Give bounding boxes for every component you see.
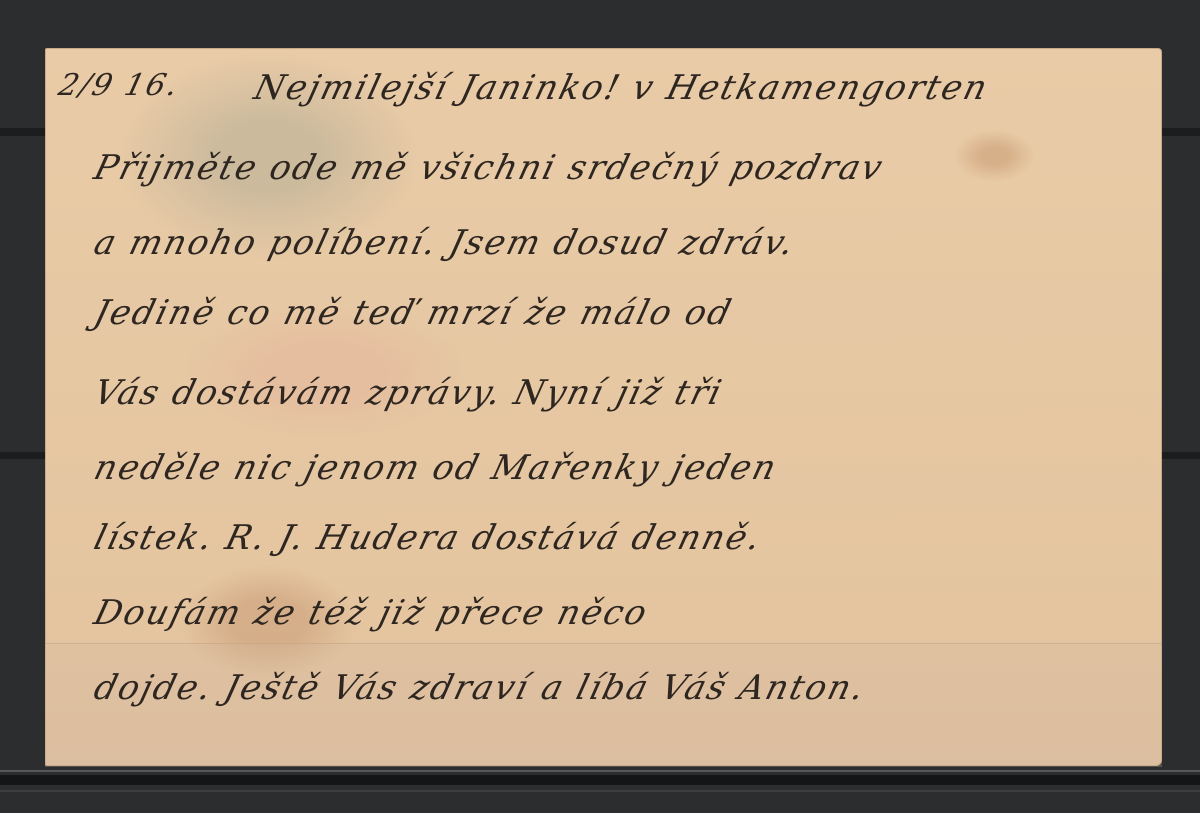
handwritten-line: Doufám že též již přece něco xyxy=(90,593,653,633)
postcard: 2/9 16. Nejmilejší Janinko! v Hetkamengo… xyxy=(45,48,1162,766)
handwritten-greeting: Nejmilejší Janinko! v Hetkamengorten xyxy=(250,68,993,108)
handwritten-line: Jedině co mě teď mrzí že málo od xyxy=(90,293,737,333)
handwritten-line: lístek. R. J. Hudera dostává denně. xyxy=(90,518,766,558)
handwritten-date: 2/9 16. xyxy=(55,68,183,103)
handwritten-line: Vás dostávám zprávy. Nyní již tři xyxy=(90,373,727,413)
album-line xyxy=(0,770,1200,772)
album-strip xyxy=(0,775,1200,785)
handwritten-line: a mnoho políbení. Jsem dosud zdráv. xyxy=(90,223,800,263)
album-line xyxy=(0,790,1200,792)
handwritten-line: Přijměte ode mě všichni srdečný pozdrav xyxy=(90,148,888,188)
handwritten-line: neděle nic jenom od Mařenky jeden xyxy=(90,448,782,488)
handwritten-line: dojde. Ještě Vás zdraví a líbá Váš Anton… xyxy=(90,668,870,708)
